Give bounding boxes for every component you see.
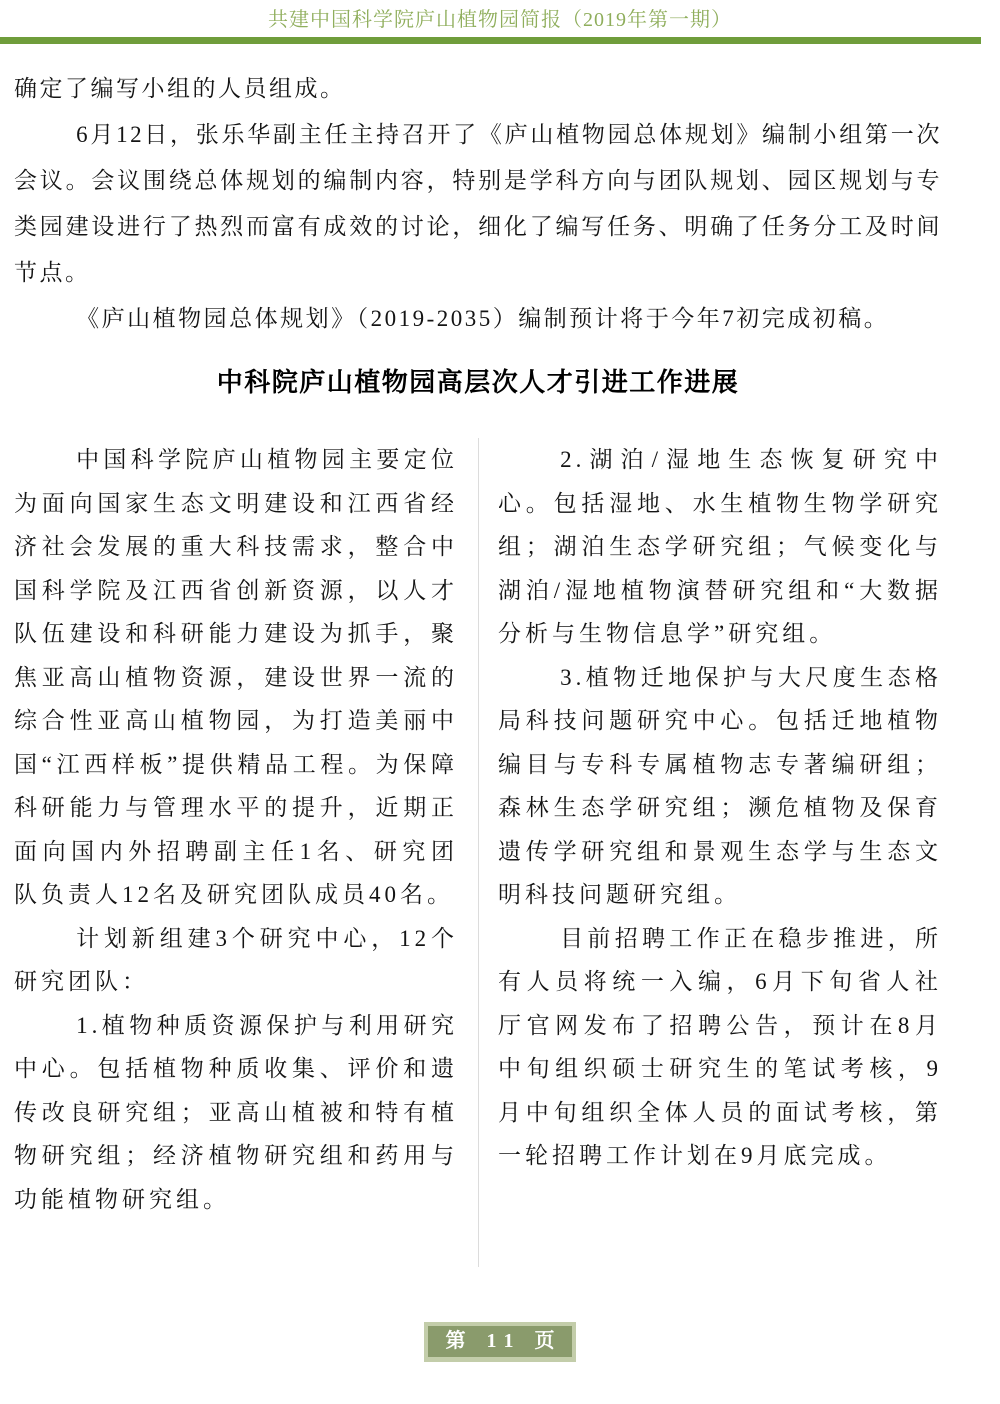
header-rule bbox=[0, 37, 981, 44]
left-column-paragraph-positioning: 中国科学院庐山植物园主要定位为面向国家生态文明建设和江西省经济社会发展的重大科技… bbox=[14, 438, 458, 917]
newsletter-header-title: 共建中国科学院庐山植物园简报（2019年第一期） bbox=[0, 0, 1000, 32]
right-column: 2.湖泊/湿地生态恢复研究中心。包括湿地、水生植物生物学研究组；湖泊生态学研究组… bbox=[498, 438, 942, 1221]
left-column-paragraph-center-1: 1.植物种质资源保护与利用研究中心。包括植物种质收集、评价和遗传改良研究组；亚高… bbox=[14, 1004, 458, 1222]
article-heading: 中科院庐山植物园高层次人才引进工作进展 bbox=[14, 364, 942, 400]
right-column-paragraph-recruitment-status: 目前招聘工作正在稳步推进，所有人员将统一入编，6月下旬省人社厅官网发布了招聘公告… bbox=[498, 917, 942, 1178]
right-column-paragraph-center-3: 3.植物迁地保护与大尺度生态格局科技问题研究中心。包括迁地植物编目与专科专属植物… bbox=[498, 656, 942, 917]
left-column: 中国科学院庐山植物园主要定位为面向国家生态文明建设和江西省经济社会发展的重大科技… bbox=[14, 438, 458, 1221]
intro-paragraph-plan-draft: 《庐山植物园总体规划》（2019-2035）编制预计将于今年7初完成初稿。 bbox=[14, 296, 942, 342]
intro-paragraph-continuation: 确定了编写小组的人员组成。 bbox=[14, 66, 942, 112]
page-number-badge: 第 11 页 bbox=[424, 1322, 577, 1362]
newsletter-page: 共建中国科学院庐山植物园简报（2019年第一期） 确定了编写小组的人员组成。 6… bbox=[0, 0, 1000, 1404]
column-divider bbox=[478, 438, 479, 1267]
page-header: 共建中国科学院庐山植物园简报（2019年第一期） bbox=[0, 0, 1000, 44]
left-column-paragraph-centers-plan: 计划新组建3个研究中心，12个研究团队： bbox=[14, 917, 458, 1004]
page-number-label: 第 11 页 bbox=[428, 1326, 573, 1357]
intro-paragraph-meeting: 6月12日，张乐华副主任主持召开了《庐山植物园总体规划》编制小组第一次会议。会议… bbox=[14, 112, 942, 296]
two-column-layout: 中国科学院庐山植物园主要定位为面向国家生态文明建设和江西省经济社会发展的重大科技… bbox=[14, 438, 942, 1221]
page-footer: 第 11 页 bbox=[0, 1322, 1000, 1362]
page-content: 确定了编写小组的人员组成。 6月12日，张乐华副主任主持召开了《庐山植物园总体规… bbox=[14, 66, 942, 1221]
right-column-paragraph-center-2: 2.湖泊/湿地生态恢复研究中心。包括湿地、水生植物生物学研究组；湖泊生态学研究组… bbox=[498, 438, 942, 656]
